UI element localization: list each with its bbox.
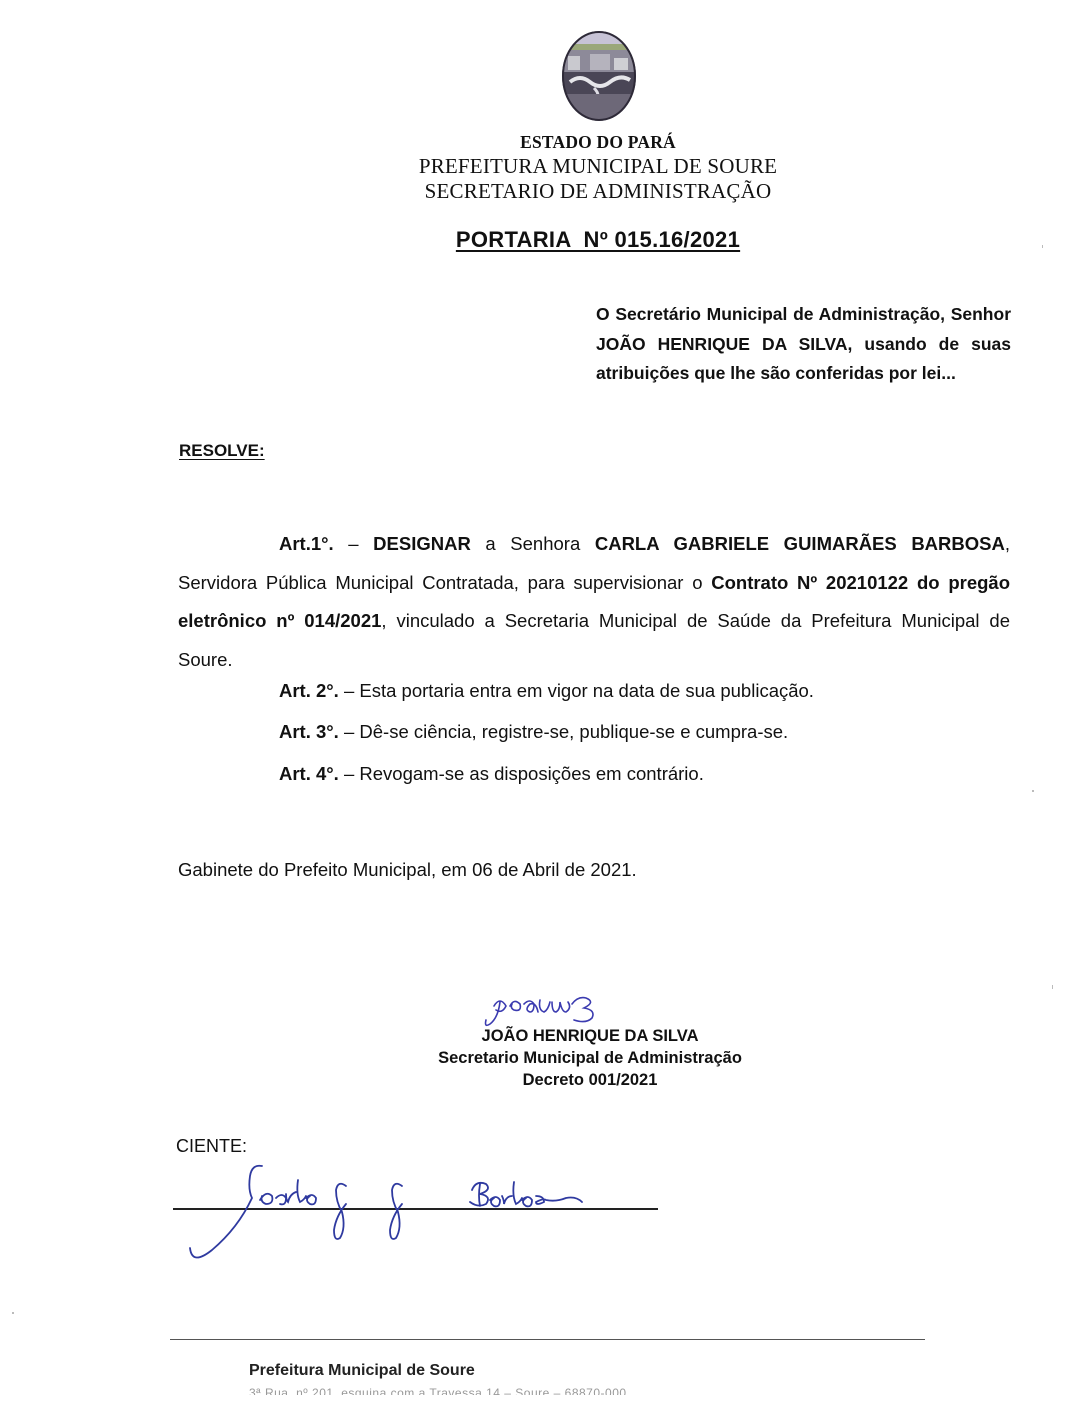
article-4-label: Art. 4°. bbox=[279, 763, 339, 784]
article-4: Art. 4°. – Revogam-se as disposições em … bbox=[279, 763, 704, 785]
article-1-text: a Senhora bbox=[471, 533, 595, 554]
article-1-text: DESIGNAR bbox=[373, 533, 471, 554]
article-3: Art. 3°. – Dê-se ciência, registre-se, p… bbox=[279, 721, 788, 743]
article-2-text: – Esta portaria entra em vigor na data d… bbox=[339, 680, 814, 701]
closing-date-line: Gabinete do Prefeito Municipal, em 06 de… bbox=[178, 859, 637, 881]
signatory-role: Secretario Municipal de Administração bbox=[0, 1047, 1088, 1069]
article-4-text: – Revogam-se as disposições em contrário… bbox=[339, 763, 704, 784]
article-2: Art. 2°. – Esta portaria entra em vigor … bbox=[279, 680, 814, 702]
article-3-text: – Dê-se ciência, registre-se, publique-s… bbox=[339, 721, 788, 742]
footer-address: 3ª Rua, nº 201, esquina com a Travessa 1… bbox=[249, 1386, 627, 1395]
article-1-label: Art.1°. bbox=[279, 533, 334, 554]
header-municipality: PREFEITURA MUNICIPAL DE SOURE bbox=[0, 154, 1088, 179]
article-1-text: – bbox=[334, 533, 373, 554]
article-3-label: Art. 3°. bbox=[279, 721, 339, 742]
footer-divider bbox=[170, 1339, 925, 1340]
footer-institution: Prefeitura Municipal de Soure bbox=[249, 1362, 475, 1380]
signatory-block: JOÃO HENRIQUE DA SILVA Secretario Munici… bbox=[0, 1025, 1088, 1091]
acknowledgement-signature bbox=[180, 1160, 640, 1270]
article-1: Art.1°. – DESIGNAR a Senhora CARLA GABRI… bbox=[178, 525, 1010, 679]
scan-speck bbox=[1052, 985, 1053, 989]
ciente-label: CIENTE: bbox=[176, 1136, 247, 1157]
signatory-name: JOÃO HENRIQUE DA SILVA bbox=[0, 1025, 1088, 1047]
resolve-label: RESOLVE: bbox=[179, 441, 265, 461]
header-department: SECRETARIO DE ADMINISTRAÇÃO bbox=[0, 179, 1088, 204]
scan-speck bbox=[12, 1312, 14, 1314]
preamble: O Secretário Municipal de Administração,… bbox=[596, 300, 1011, 389]
designee-name: CARLA GABRIELE GUIMARÃES BARBOSA bbox=[595, 533, 1005, 554]
article-2-label: Art. 2°. bbox=[279, 680, 339, 701]
header-state: ESTADO DO PARÁ bbox=[0, 132, 1088, 153]
document-title: PORTARIA Nº 015.16/2021 bbox=[0, 227, 1088, 253]
coat-of-arms-icon bbox=[560, 30, 638, 122]
scan-speck bbox=[1032, 790, 1034, 792]
signatory-decree: Decreto 001/2021 bbox=[0, 1069, 1088, 1091]
scan-speck bbox=[1042, 245, 1043, 248]
